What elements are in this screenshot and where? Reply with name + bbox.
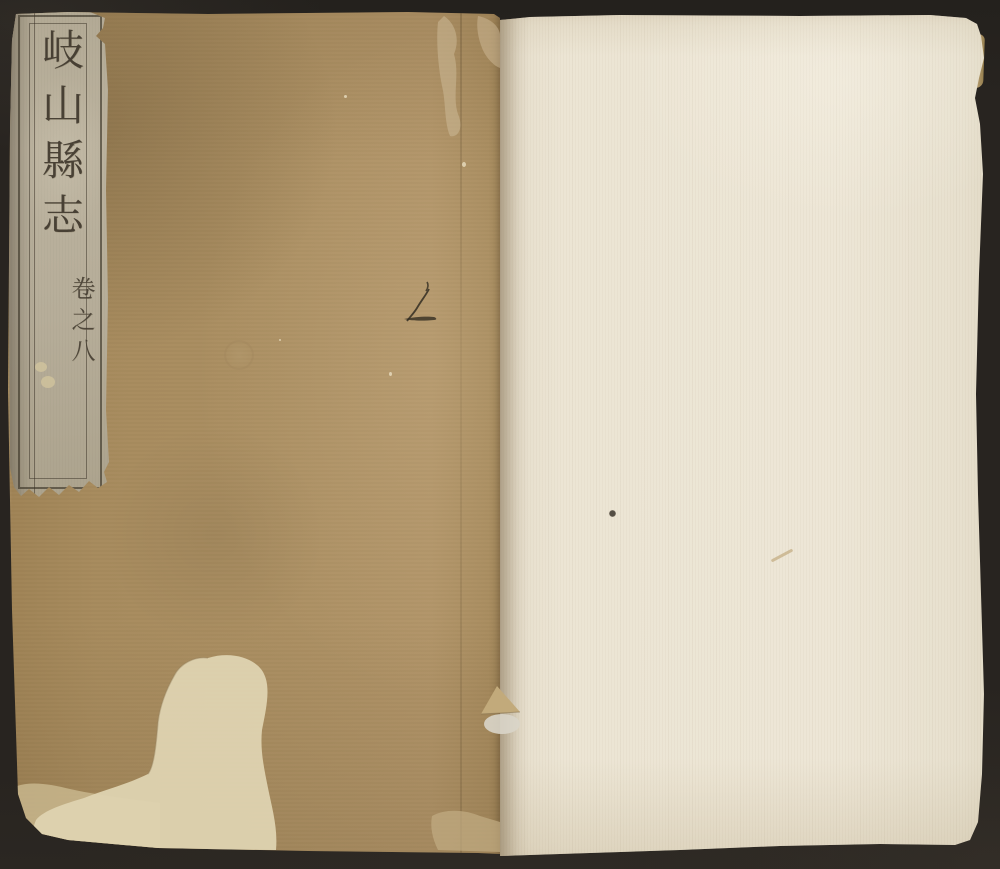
ink-spot [609,510,616,517]
label-volume-text: 卷之八 [67,276,95,386]
label-title-text: 岐山縣志 [35,28,85,278]
title-label: 岐山縣志 卷之八 [8,10,110,502]
blank-first-page [500,14,990,860]
fiber-mark [771,549,794,563]
torn-paper-flap [478,684,526,736]
label-stain [41,376,55,388]
label-stain [35,362,47,372]
book-front-cover: 岐山縣志 卷之八 [8,10,500,856]
